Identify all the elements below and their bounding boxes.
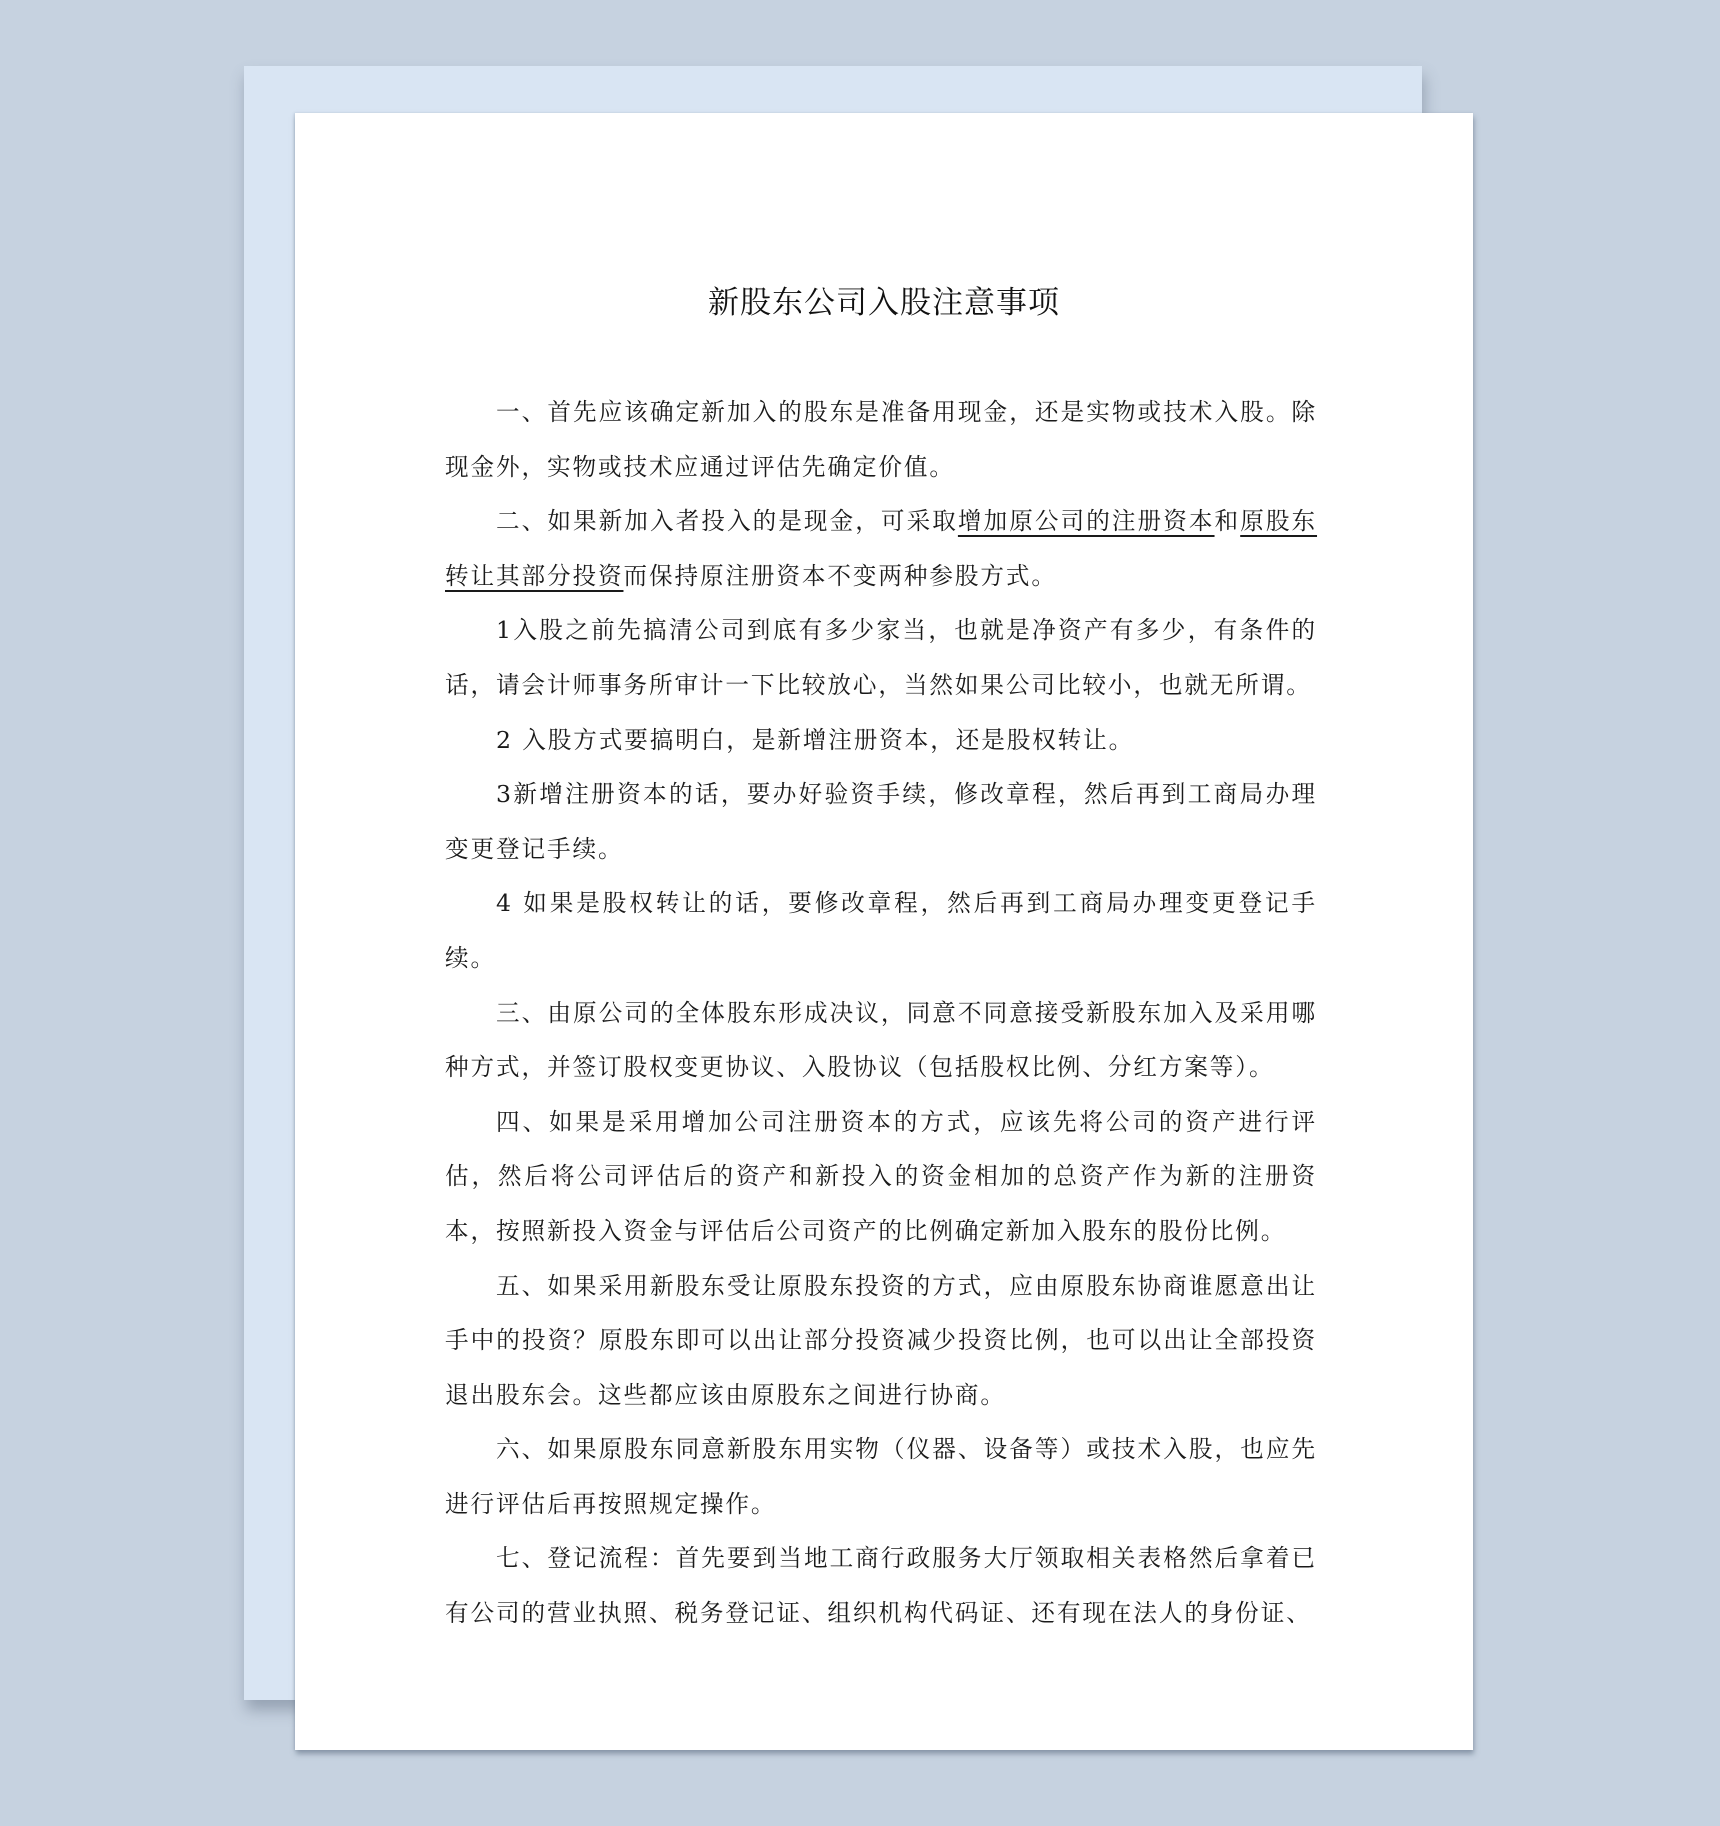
paragraph-7: 三、由原公司的全体股东形成决议，同意不同意接受新股东加入及采用哪种方式，并签订股… [445, 986, 1317, 1095]
paragraph-3: 1入股之前先搞清公司到底有多少家当，也就是净资产有多少，有条件的话，请会计师事务… [445, 603, 1317, 712]
paragraph-2-before: 二、如果新加入者投入的是现金，可采取 [496, 507, 958, 535]
paragraph-4: 2 入股方式要搞明白，是新增注册资本，还是股权转让。 [445, 713, 1317, 768]
paragraph-1: 一、首先应该确定新加入的股东是准备用现金，还是实物或技术入股。除现金外，实物或技… [445, 385, 1317, 494]
paragraph-11: 七、登记流程：首先要到当地工商行政服务大厅领取相关表格然后拿着已有公司的营业执照… [445, 1531, 1317, 1640]
document-title: 新股东公司入股注意事项 [295, 281, 1473, 325]
paragraph-2-middle: 和 [1215, 507, 1241, 535]
paragraph-5: 3新增注册资本的话，要办好验资手续，修改章程，然后再到工商局办理变更登记手续。 [445, 767, 1317, 876]
paragraph-10: 六、如果原股东同意新股东用实物（仪器、设备等）或技术入股，也应先进行评估后再按照… [445, 1422, 1317, 1531]
paragraph-2: 二、如果新加入者投入的是现金，可采取增加原公司的注册资本和原股东转让其部分投资而… [445, 494, 1317, 603]
document-page: 新股东公司入股注意事项 一、首先应该确定新加入的股东是准备用现金，还是实物或技术… [295, 113, 1473, 1750]
paragraph-8: 四、如果是采用增加公司注册资本的方式，应该先将公司的资产进行评估，然后将公司评估… [445, 1095, 1317, 1259]
underlined-term-increase-capital: 增加原公司的注册资本 [958, 507, 1215, 535]
paragraph-2-after: 而保持原注册资本不变两种参股方式。 [623, 562, 1056, 590]
paragraph-6: 4 如果是股权转让的话，要修改章程，然后再到工商局办理变更登记手续。 [445, 876, 1317, 985]
document-body: 一、首先应该确定新加入的股东是准备用现金，还是实物或技术入股。除现金外，实物或技… [445, 385, 1317, 1641]
paragraph-9: 五、如果采用新股东受让原股东投资的方式，应由原股东协商谁愿意出让手中的投资？原股… [445, 1259, 1317, 1423]
